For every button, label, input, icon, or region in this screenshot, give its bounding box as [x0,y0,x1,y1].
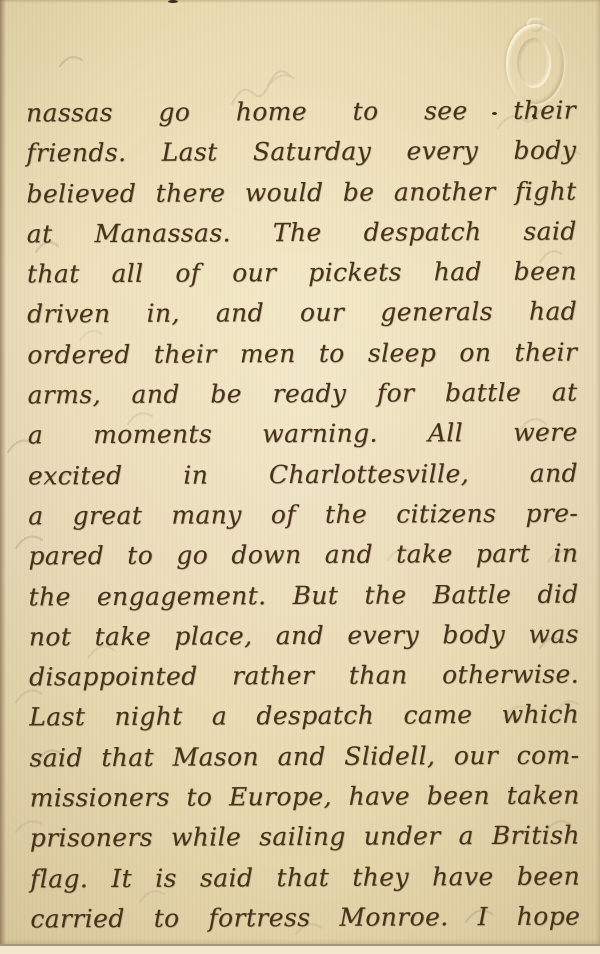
letter-line: driven in, and our generals had [27,292,577,335]
letter-body: nassas go home to see theirfriends. Last… [0,0,600,954]
letter-line: prisoners while sailing under a British [30,816,580,859]
letter-line: friends. Last Saturday every body [26,131,576,174]
letter-line: missioners to Europe, have been taken [30,776,580,819]
ink-speck [492,112,497,115]
ink-speck [532,114,536,118]
letter-line: disappointed rather than otherwise. [29,655,579,698]
letter-line: a great many of the citizens pre- [28,494,578,537]
paper-left-edge [0,0,6,954]
letter-line: flag. It is said that they have been [30,856,580,899]
letter-line: not take place, and every body was [29,614,579,657]
paper-top-edge [0,0,600,3]
letter-line: pared to go down and take part in [28,534,578,577]
letter-line: a moments warning. All were [28,413,578,456]
letter-page: nassas go home to see theirfriends. Last… [0,0,600,954]
letter-line: believed there would be another fight [26,171,576,214]
letter-line: ordered their men to sleep on their [27,332,577,375]
letter-line: excited in Charlottesville, and [28,453,578,496]
paper-right-edge [596,0,600,954]
ink-speck [168,0,178,3]
letter-line: arms, and be ready for battle at [27,373,577,416]
letter-line: Last night a despatch came which [29,695,579,738]
letter-line: at Manassas. The despatch said [27,211,577,254]
letter-line: carried to fortress Monroe. I hope [30,896,580,939]
paper-bottom-edge [0,944,600,954]
letter-line: that all of our pickets had been [27,252,577,295]
letter-line: the engagement. But the Battle did [29,574,579,617]
letter-line: said that Mason and Slidell, our com- [29,735,579,778]
